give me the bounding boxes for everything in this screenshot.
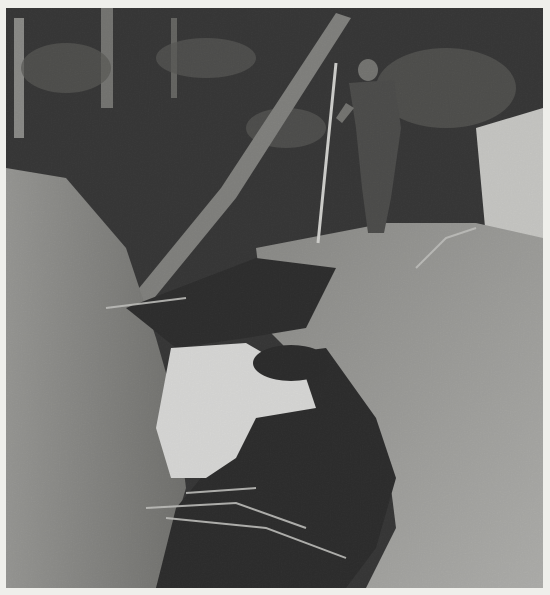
photo-scene [6, 8, 543, 588]
photograph [6, 8, 543, 588]
